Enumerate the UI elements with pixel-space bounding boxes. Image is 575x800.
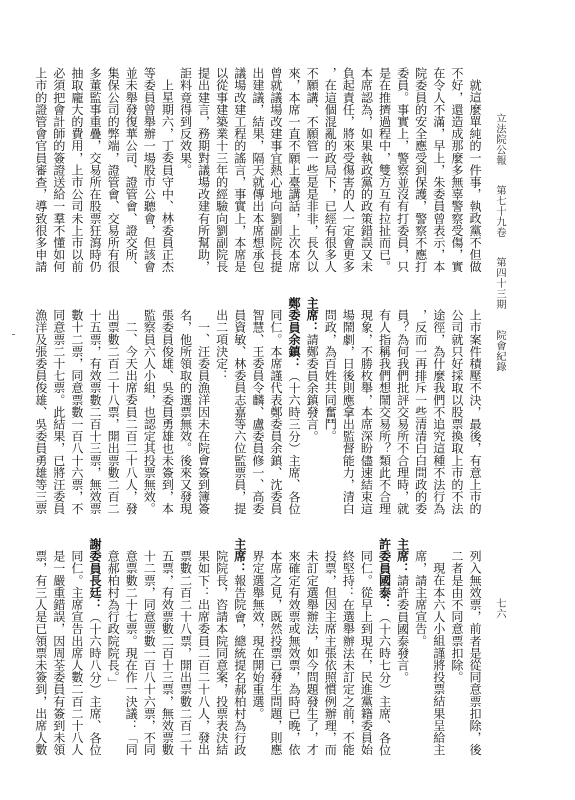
text-column: 本席之見，既然投票已發生問題，則應 (267, 538, 285, 760)
text-column: 並未舉發復華公司、證管會、證交所、 (122, 55, 140, 277)
text-column: 以從事建築業十三年的經驗向劉副院長 (213, 55, 231, 277)
text-column: 院院長，咨請本院同意案，投票表決結 (213, 538, 231, 760)
page-number: 七六 (493, 598, 507, 619)
text-column: 本席認為，如果執政黨的政策錯誤又未 (357, 55, 375, 277)
text-column: 有人指稱我們想鬧交易所？類此不合理 (375, 297, 393, 519)
text-column: 上星期六，丁委員守中、林委員正杰 (158, 55, 176, 277)
text-column: 提出建言，務期對議場改建有所幫助， (195, 55, 213, 277)
speech-text: 請鄭委員余鎮發言。 (305, 333, 319, 442)
text-column: 果如下：出席委員二百二十八人，發出 (195, 538, 213, 760)
text-column: 名，他所領取的選票無效。後來又發現 (176, 297, 194, 519)
text-column: 現在本六人小組謹將投票結果呈給主 (430, 538, 448, 760)
scan-artifact (12, 334, 15, 335)
speaker-column: 許委員國泰：（十六時七分）主席、各位 (375, 538, 393, 760)
text-column: 上市的證管會官員審查，導致很多申請 (32, 55, 50, 277)
text-column: 場鬧劇，日後則應拿出監督能力，清白 (339, 297, 357, 519)
text-column: 是一嚴重錯誤，因周荃委員有簽到未領 (50, 538, 68, 760)
text-column: 負起責任，將來受傷害的人一定會更多 (339, 55, 357, 277)
text-column: 出建議，結果，隔天就傳出本席想承包 (249, 55, 267, 277)
text-column: 院委員的安全應受到保護，警察不應打 (412, 55, 430, 277)
text-column: 途徑，為什麼我們不追究這種不法行為 (430, 297, 448, 519)
text-column: 現象，不勝枚舉，本席深盼儘速結束這 (357, 297, 375, 519)
speaker-label: 鄭委員余鎮： (287, 297, 301, 370)
header-publication: 立法院公報 (493, 113, 507, 165)
speaker-label: 主席： (233, 538, 247, 574)
text-band-lower: 列入無效票，前者是從同意票扣除，後 二者是由不同意票扣除。 現在本六人小組謹將投… (31, 538, 484, 760)
speaker-label: 謝委員長廷： (88, 538, 102, 611)
text-column: 二者是由不同意票扣除。 (448, 538, 466, 760)
text-column: 同仁。本席謹代表鄭委員余鎮、沈委員 (267, 297, 285, 519)
text-column: 委員。事實上，警察並沒有打委員，只 (394, 55, 412, 277)
speaker-label: 許委員國泰： (378, 538, 392, 611)
text-column: 未訂定選舉辦法，如今問題發生了，才 (303, 538, 321, 760)
text-column: 張委員俊雄、吳委員勇雄也未簽到，本 (158, 297, 176, 519)
speaker-column: 主席：報告院會，總統提名郝柏村為行政 (231, 538, 249, 760)
text-column: 二、今天出席委員二百二十八人，發 (122, 297, 140, 519)
text-column: 終堅持：在選舉辦法未訂定之前，不能 (339, 538, 357, 760)
text-column: 來，本席一直不願上臺講話，上次本席 (285, 55, 303, 277)
text-column: 席，請主席宣告。 (412, 538, 430, 760)
text-column: 上市案件積壓不決，最後，有意上市的 (466, 297, 484, 519)
text-column: 監察員六人小組，也認定其投票無效。 (140, 297, 158, 519)
text-column: 不願講、不願管一些是是非非，長久以 (303, 55, 321, 277)
text-column: 議場改建工程的謠言，事實上，本席是 (231, 55, 249, 277)
text-column: 同仁。從早上到現在，民進黨籍委員始 (357, 538, 375, 760)
speaker-label: 主席： (396, 538, 410, 574)
speech-text: 報告院會，總統提名郝柏村為行政 (233, 574, 247, 756)
text-band-upper: 就這麼單純的一件事，執政黨不但做 不好，還造成那麼多無辜警察受傷，實 在令人不滿… (31, 55, 484, 277)
text-column: 五票，有效票數二百十三票，無效票數 (158, 538, 176, 760)
text-column: 問政，為百姓共同奮鬥。 (321, 297, 339, 519)
speech-text: 請許委員國泰發言。 (396, 574, 410, 683)
text-column: 在令人不滿，早上，朱委員曾表示，本 (430, 55, 448, 277)
speech-text: （十六時八分）主席、各位 (88, 611, 102, 756)
text-column: 集保公司的弊端，證管會、交易所有很 (104, 55, 122, 277)
text-column: 就這麼單純的一件事，執政黨不但做 (466, 55, 484, 277)
text-column: 意郝柏村為行政院院長。」 (104, 538, 122, 760)
text-column: 等委員曾舉辦一場股市公聽會，但該會 (140, 55, 158, 277)
header-section: 院會紀錄 (493, 330, 507, 372)
text-column: 列入無效票，前者是從同意票扣除，後 (466, 538, 484, 760)
text-column: 十二票，同意票數一百八十六票，不同 (140, 538, 158, 760)
text-column: 不好，還造成那麼多無辜警察受傷，實 (448, 55, 466, 277)
header-volume: 第七十九卷 (493, 185, 507, 237)
speaker-column: 謝委員長廷：（十六時八分）主席、各位 (86, 538, 104, 760)
text-column: 來確定有效票或無效票，為時已晚，依 (285, 538, 303, 760)
text-column: 同意票二十七票。此結果，已將汪委員 (50, 297, 68, 519)
header-issue: 第四十三期 (493, 257, 507, 309)
text-column: 意票數二十七票。現在作一決議：「同 (122, 538, 140, 760)
gazette-page: 立法院公報 第七十九卷 第四十三期 院會紀錄 七六 就這麼單純的一件事，執政黨不… (0, 0, 575, 800)
speech-text: （十六時七分）主席、各位 (378, 611, 392, 756)
text-column: 抽取龐大的費用，上市公司未上市以前 (68, 55, 86, 277)
speaker-column: 主席：請許委員國泰發言。 (394, 538, 412, 760)
text-column: 十五票，有效票數二百十三票，無效票 (86, 297, 104, 519)
text-column: ，在這個混亂的政局下，已經有很多人 (321, 55, 339, 277)
text-column: 詎料竟得到反效果。 (176, 55, 194, 277)
text-column: 票數二百二十八票，開出票數二百二十 (176, 538, 194, 760)
text-column: 公司就只好採取以股票換取上市的不法 (448, 297, 466, 519)
speaker-column: 鄭委員余鎮：（十六時三分）主席、各位 (285, 297, 303, 519)
text-column: 出票數二百二十八票，開出票數二百二 (104, 297, 122, 519)
text-column: 多董監事重疊，交易所在股票狂瀉時仍 (86, 55, 104, 277)
text-column: ，反而一再排斥一些清清白白問政的委 (412, 297, 430, 519)
text-column: 員資敏、林委員志嘉等六位監票員，提 (231, 297, 249, 519)
text-column: 投票，但因主席主張依照慣例辦理，而 (321, 538, 339, 760)
text-column: 界定選舉無效，現在開始重選。 (249, 538, 267, 760)
text-column: 是在推擠過程中，雙方互有拉扯而已。 (375, 55, 393, 277)
text-band-middle: 上市案件積壓不決，最後，有意上市的 公司就只好採取以股票換取上市的不法 途徑，為… (31, 297, 484, 519)
text-column: 智慧、王委員令麟、盧委員修一、高委 (249, 297, 267, 519)
text-column: 漁洋及張委員俊雄、吳委員勇雄等三票 (32, 297, 50, 519)
text-column: 員？為何我們批評交易所不合理時，就 (394, 297, 412, 519)
text-column: 一、汪委員漁洋因未在院會簽到簿簽 (195, 297, 213, 519)
text-column: 必須把會計師的簽證送給一羣不懂如何 (50, 55, 68, 277)
text-column: 出二項決定： (213, 297, 231, 519)
speaker-label: 主席： (305, 297, 319, 333)
speech-text: （十六時三分）主席、各位 (287, 370, 301, 515)
speaker-column: 主席：請鄭委員余鎮發言。 (303, 297, 321, 519)
text-column: 數十二票，同意票數一百八十六票，不 (68, 297, 86, 519)
text-column: 曾就議場改建事宜熱心地向劉副院長提 (267, 55, 285, 277)
text-column: 同仁。主席宣告出席人數二百二十八人 (68, 538, 86, 760)
text-column: 票，有三人是已領票未簽到，出席人數 (32, 538, 50, 760)
